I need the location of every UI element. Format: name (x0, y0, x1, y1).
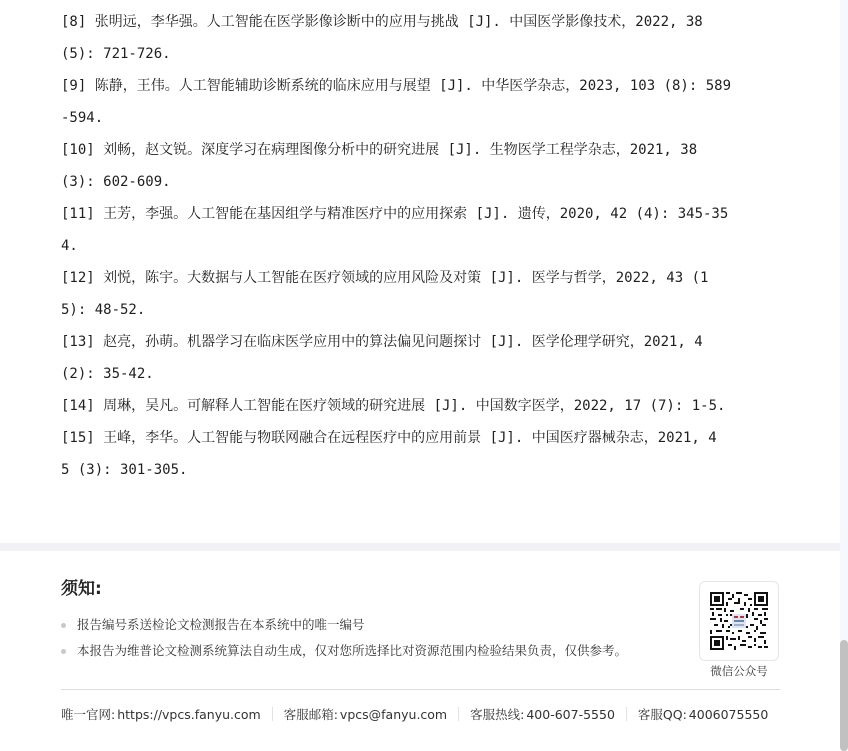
separator (272, 707, 273, 721)
website-link[interactable]: https://vpcs.fanyu.com (117, 707, 260, 722)
contact-email: 客服邮箱: vpcs@fanyu.com (284, 705, 447, 723)
notice-item: 报告编号系送检论文检测报告在本系统中的唯一编号 (61, 612, 781, 638)
reference-line: [12] 刘悦，陈宇。大数据与人工智能在医疗领域的应用风险及对策 [J]. 医学… (61, 262, 783, 294)
reference-item-10: [10] 刘畅，赵文锐。深度学习在病理图像分析中的研究进展 [J]. 生物医学工… (61, 134, 783, 198)
contact-info: 唯一官网: https://vpcs.fanyu.com 客服邮箱: vpcs@… (61, 703, 768, 725)
bullet-icon (61, 623, 66, 628)
qq-label: 客服QQ: (638, 705, 687, 723)
notice-section: 须知: 报告编号系送检论文检测报告在本系统中的唯一编号 本报告为维普论文检测系统… (61, 576, 781, 664)
hotline-value: 400-607-5550 (526, 707, 615, 722)
vertical-scrollbar-track[interactable] (840, 0, 848, 751)
reference-list: [8] 张明远，李华强。人工智能在医学影像诊断中的应用与挑战 [J]. 中国医学… (61, 6, 783, 486)
bullet-icon (61, 649, 66, 654)
separator (458, 707, 459, 721)
reference-item-9: [9] 陈静，王伟。人工智能辅助诊断系统的临床应用与展望 [J]. 中华医学杂志… (61, 70, 783, 134)
reference-item-13: [13] 赵亮，孙萌。机器学习在临床医学应用中的算法偏见问题探讨 [J]. 医学… (61, 326, 783, 390)
hotline-label: 客服热线: (470, 705, 524, 723)
reference-item-8: [8] 张明远，李华强。人工智能在医学影像诊断中的应用与挑战 [J]. 中国医学… (61, 6, 783, 70)
reference-line: 5 (3): 301-305. (61, 454, 783, 486)
footer-divider (61, 689, 780, 690)
contact-hotline: 客服热线: 400-607-5550 (470, 705, 615, 723)
reference-item-12: [12] 刘悦，陈宇。大数据与人工智能在医疗领域的应用风险及对策 [J]. 医学… (61, 262, 783, 326)
contact-website: 唯一官网: https://vpcs.fanyu.com (61, 705, 261, 723)
notice-title: 须知: (61, 576, 781, 602)
contact-qq: 客服QQ: 4006075550 (638, 705, 768, 723)
reference-line: [14] 周琳，吴凡。可解释人工智能在医疗领域的研究进展 [J]. 中国数字医学… (61, 390, 783, 422)
reference-line: 4. (61, 230, 783, 262)
qr-code-label: 微信公众号 (699, 662, 779, 680)
email-link[interactable]: vpcs@fanyu.com (340, 707, 447, 722)
email-label: 客服邮箱: (284, 705, 338, 723)
reference-line: [8] 张明远，李华强。人工智能在医学影像诊断中的应用与挑战 [J]. 中国医学… (61, 6, 783, 38)
reference-line: (3): 602-609. (61, 166, 783, 198)
reference-line: [13] 赵亮，孙萌。机器学习在临床医学应用中的算法偏见问题探讨 [J]. 医学… (61, 326, 783, 358)
notice-list: 报告编号系送检论文检测报告在本系统中的唯一编号 本报告为维普论文检测系统算法自动… (61, 612, 781, 664)
reference-line: 5): 48-52. (61, 294, 783, 326)
reference-line: [9] 陈静，王伟。人工智能辅助诊断系统的临床应用与展望 [J]. 中华医学杂志… (61, 70, 783, 102)
notice-item-text: 本报告为维普论文检测系统算法自动生成，仅对您所选择比对资源范围内检验结果负责，仅… (77, 643, 627, 658)
qq-value: 4006075550 (689, 707, 769, 722)
reference-item-14: [14] 周琳，吴凡。可解释人工智能在医疗领域的研究进展 [J]. 中国数字医学… (61, 390, 783, 422)
qr-code-icon (710, 592, 768, 650)
website-label: 唯一官网: (61, 705, 115, 723)
notice-item-text: 报告编号系送检论文检测报告在本系统中的唯一编号 (77, 617, 365, 632)
reference-line: (5): 721-726. (61, 38, 783, 70)
separator (626, 707, 627, 721)
reference-line: -594. (61, 102, 783, 134)
vertical-scrollbar-thumb[interactable] (840, 640, 848, 751)
wechat-qr-code (699, 581, 779, 661)
notice-item: 本报告为维普论文检测系统算法自动生成，仅对您所选择比对资源范围内检验结果负责，仅… (61, 638, 781, 664)
section-divider (0, 543, 840, 551)
reference-item-11: [11] 王芳，李强。人工智能在基因组学与精准医疗中的应用探索 [J]. 遗传，… (61, 198, 783, 262)
reference-line: (2): 35-42. (61, 358, 783, 390)
report-page: [8] 张明远，李华强。人工智能在医学影像诊断中的应用与挑战 [J]. 中国医学… (0, 0, 840, 751)
reference-line: [15] 王峰，李华。人工智能与物联网融合在远程医疗中的应用前景 [J]. 中国… (61, 422, 783, 454)
reference-line: [10] 刘畅，赵文锐。深度学习在病理图像分析中的研究进展 [J]. 生物医学工… (61, 134, 783, 166)
reference-line: [11] 王芳，李强。人工智能在基因组学与精准医疗中的应用探索 [J]. 遗传，… (61, 198, 783, 230)
reference-item-15: [15] 王峰，李华。人工智能与物联网融合在远程医疗中的应用前景 [J]. 中国… (61, 422, 783, 486)
